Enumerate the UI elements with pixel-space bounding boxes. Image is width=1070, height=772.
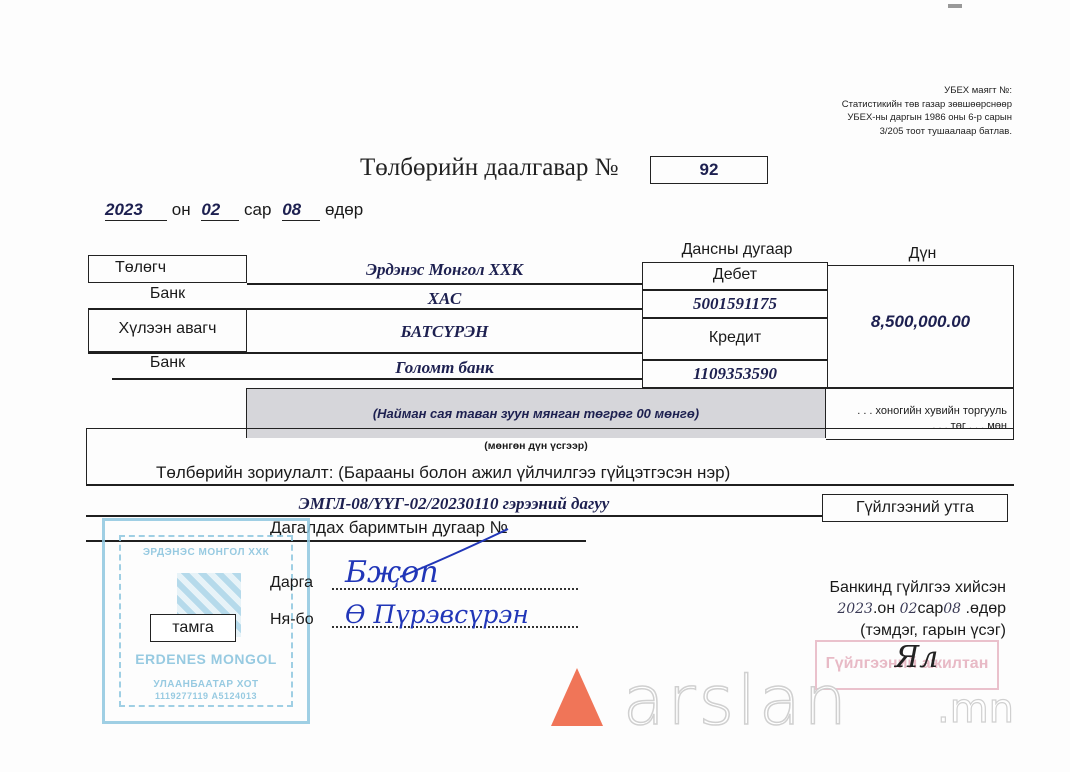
- payer-label: Төлөгч: [89, 256, 246, 280]
- bank-date-day: 08: [943, 601, 961, 617]
- bank-year-label: .он: [873, 600, 895, 617]
- date-year: 2023: [105, 200, 167, 221]
- receiver-bank: Голомт банк: [247, 358, 642, 378]
- stamp-company-name: ЭРДЭНЭС МОНГОЛ ХХК: [105, 547, 307, 558]
- receiver-label: Хүлээн авагч: [89, 308, 246, 350]
- divider: [86, 484, 1014, 486]
- receiver-name: БАТСҮРЭН: [247, 322, 642, 342]
- purpose-value: ЭМГЛ-08/ҮҮГ-02/20230110 гэрээний дагуу: [86, 494, 822, 514]
- signature-stroke: [400, 525, 510, 580]
- seal-label: тамга: [150, 614, 236, 642]
- divider: [86, 515, 822, 517]
- bank-processing-block: Банкинд гүйлгээ хийсэн 2023.он 02сар08 .…: [790, 577, 1006, 641]
- amount-in-words-caption: (мөнгөн дүн үсгээр): [246, 440, 826, 452]
- approval-line-1: Статистикийн төв газар зөвшөөрснөөр: [842, 98, 1012, 112]
- document-title: Төлбөрийн даалгавар №: [360, 154, 618, 182]
- arslan-logo-icon: [551, 668, 603, 726]
- month-label: сар: [244, 200, 271, 219]
- penalty-line-1: . . . хоногийн хувийн торгууль: [857, 404, 1007, 419]
- watermark-brand: arslan: [623, 662, 850, 741]
- divider: [643, 359, 827, 361]
- payer-label-box: Төлөгч: [88, 255, 247, 283]
- scan-mark: [948, 4, 962, 8]
- receiver-account: 1109353590: [643, 364, 827, 384]
- bank-date-month: 02: [900, 601, 918, 617]
- approval-line-2: УБЕХ-ны даргын 1986 оны 6-р сарын: [842, 111, 1012, 125]
- watermark-tld: .mn: [937, 686, 1014, 732]
- stamp-brand: ERDENES MONGOL: [105, 651, 307, 667]
- bank-month-label: сар: [917, 600, 943, 617]
- document-date: 2023 он 02 сар 08 өдөр: [105, 200, 363, 221]
- receiver-bank-label: Банк: [88, 354, 247, 372]
- receiver-label-box: Хүлээн авагч: [88, 308, 247, 352]
- date-day: 08: [282, 200, 320, 221]
- form-number-label: УБЕХ маягт №:: [842, 84, 1012, 98]
- stamp-code: 1119277119 А5124013: [105, 691, 307, 701]
- divider: [643, 317, 827, 319]
- payer-account: 5001591175: [643, 294, 827, 314]
- accountant-label: Ня-бо: [270, 611, 314, 629]
- transaction-value-label: Гүйлгээний утга: [823, 495, 1007, 521]
- approval-line-3: 3/205 тоот тушаалаар батлав.: [842, 125, 1012, 139]
- bank-processed-label: Банкинд гүйлгээ хийсэн: [790, 577, 1006, 598]
- account-number-header: Дансны дугаар: [642, 241, 832, 259]
- divider: [643, 289, 827, 291]
- payer-bank-label: Банк: [88, 285, 247, 303]
- bank-date-year: 2023: [837, 601, 873, 617]
- order-number: 92: [650, 156, 768, 184]
- purpose-label: Төлбөрийн зориулалт: (Барааны болон ажил…: [156, 463, 730, 483]
- amount-value: 8,500,000.00: [828, 312, 1013, 332]
- year-label: он: [172, 200, 191, 219]
- stamp-city: УЛААНБААТАР ХОТ: [105, 679, 307, 690]
- date-month: 02: [201, 200, 239, 221]
- form-approval-note: УБЕХ маягт №: Статистикийн төв газар зөв…: [842, 84, 1012, 138]
- amount-box: 8,500,000.00: [828, 265, 1014, 388]
- payer-name: Эрдэнэс Монгол ХХК: [247, 260, 642, 280]
- stamp-signature-caption: (тэмдэг, гарын үсэг): [790, 620, 1006, 641]
- director-label: Дарга: [270, 574, 313, 592]
- payer-bank: ХАС: [247, 289, 642, 309]
- account-column: Дебет 5001591175 Кредит 1109353590: [642, 262, 828, 388]
- divider: [112, 378, 642, 380]
- accountant-signature: Ө Пүрэвсүрэн: [345, 600, 529, 629]
- transaction-value-box: Гүйлгээний утга: [822, 494, 1008, 522]
- debit-label: Дебет: [643, 266, 827, 284]
- divider: [247, 283, 642, 285]
- amount-in-words-text: (Найман сая таван зуун мянган төгрөг 00 …: [373, 406, 699, 421]
- day-label: өдөр: [325, 200, 363, 219]
- credit-label: Кредит: [643, 329, 827, 347]
- bank-day-label: .өдөр: [966, 600, 1006, 617]
- arslan-watermark: arslan .mn: [545, 668, 1035, 740]
- amount-header: Дүн: [830, 245, 1015, 263]
- bank-processed-date: 2023.он 02сар08 .өдөр: [790, 598, 1006, 620]
